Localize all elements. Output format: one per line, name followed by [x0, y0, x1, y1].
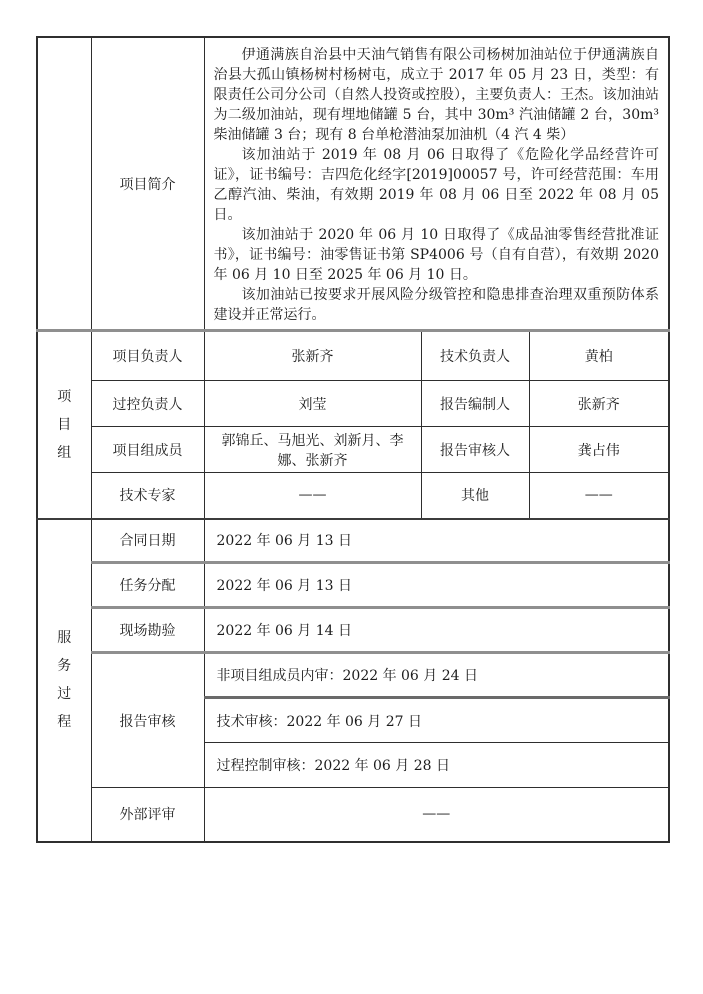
intro-content-cell: 伊通满族自治县中天油气销售有限公司杨树加油站位于伊通满族自治县大孤山镇杨树村杨树…: [204, 37, 669, 331]
service-review-item-1: 非项目组成员内审：2022 年 06 月 24 日: [204, 653, 669, 698]
team-row-4: 技术专家 —— 其他 ——: [37, 473, 669, 519]
service-review-item-2: 技术审核：2022 年 06 月 27 日: [204, 698, 669, 743]
service-row-review-1: 报告审核 非项目组成员内审：2022 年 06 月 24 日: [37, 653, 669, 698]
team-row4-label-right: 其他: [421, 473, 529, 519]
team-row3-label-right: 报告审核人: [421, 427, 529, 473]
service-review-item-3: 过程控制审核：2022 年 06 月 28 日: [204, 743, 669, 788]
service-survey-value: 2022 年 06 月 14 日: [204, 608, 669, 653]
service-side-label-cell: 服务过程: [37, 519, 91, 842]
service-task-label: 任务分配: [91, 563, 204, 608]
intro-paragraph-2: 该加油站于 2019 年 08 月 06 日取得了《危险化学品经营许可证》，证书…: [214, 145, 660, 225]
team-row4-label-left: 技术专家: [91, 473, 204, 519]
team-side-label: 项目组: [57, 383, 72, 467]
team-row2-label-right: 报告编制人: [421, 381, 529, 427]
intro-row: 项目简介 伊通满族自治县中天油气销售有限公司杨树加油站位于伊通满族自治县大孤山镇…: [37, 37, 669, 331]
team-row-3: 项目组成员 郭锦丘、马旭光、刘新月、李娜、张新齐 报告审核人 龚占伟: [37, 427, 669, 473]
service-survey-label: 现场勘验: [91, 608, 204, 653]
document-page: 项目简介 伊通满族自治县中天油气销售有限公司杨树加油站位于伊通满族自治县大孤山镇…: [0, 0, 703, 994]
service-external-value: ——: [204, 788, 669, 842]
team-row1-label-right: 技术负责人: [421, 331, 529, 381]
service-review-label: 报告审核: [91, 653, 204, 788]
service-contract-value: 2022 年 06 月 13 日: [204, 519, 669, 563]
team-row4-value-left: ——: [204, 473, 421, 519]
service-row-contract: 服务过程 合同日期 2022 年 06 月 13 日: [37, 519, 669, 563]
team-row4-value-right: ——: [529, 473, 669, 519]
team-row1-value-left: 张新齐: [204, 331, 421, 381]
intro-paragraph-4: 该加油站已按要求开展风险分级管控和隐患排查治理双重预防体系建设并正常运行。: [214, 285, 660, 325]
project-info-table: 项目简介 伊通满族自治县中天油气销售有限公司杨树加油站位于伊通满族自治县大孤山镇…: [36, 36, 670, 843]
team-row-2: 过控负责人 刘莹 报告编制人 张新齐: [37, 381, 669, 427]
team-row1-value-right: 黄柏: [529, 331, 669, 381]
intro-label: 项目简介: [91, 37, 204, 331]
team-row-1: 项目组 项目负责人 张新齐 技术负责人 黄柏: [37, 331, 669, 381]
intro-paragraph-1: 伊通满族自治县中天油气销售有限公司杨树加油站位于伊通满族自治县大孤山镇杨树村杨树…: [214, 45, 660, 145]
intro-paragraph-3: 该加油站于 2020 年 06 月 10 日取得了《成品油零售经营批准证书》，证…: [214, 225, 660, 285]
service-row-task: 任务分配 2022 年 06 月 13 日: [37, 563, 669, 608]
team-row2-value-right: 张新齐: [529, 381, 669, 427]
team-row3-value-left: 郭锦丘、马旭光、刘新月、李娜、张新齐: [204, 427, 421, 473]
service-contract-label: 合同日期: [91, 519, 204, 563]
intro-empty-cell: [37, 37, 91, 331]
service-row-external: 外部评审 ——: [37, 788, 669, 842]
service-task-value: 2022 年 06 月 13 日: [204, 563, 669, 608]
team-row3-label-left: 项目组成员: [91, 427, 204, 473]
team-row2-value-left: 刘莹: [204, 381, 421, 427]
team-row2-label-left: 过控负责人: [91, 381, 204, 427]
service-row-survey: 现场勘验 2022 年 06 月 14 日: [37, 608, 669, 653]
service-side-label: 服务过程: [57, 624, 72, 736]
service-external-label: 外部评审: [91, 788, 204, 842]
team-row1-label-left: 项目负责人: [91, 331, 204, 381]
team-side-label-cell: 项目组: [37, 331, 91, 519]
team-row3-value-right: 龚占伟: [529, 427, 669, 473]
